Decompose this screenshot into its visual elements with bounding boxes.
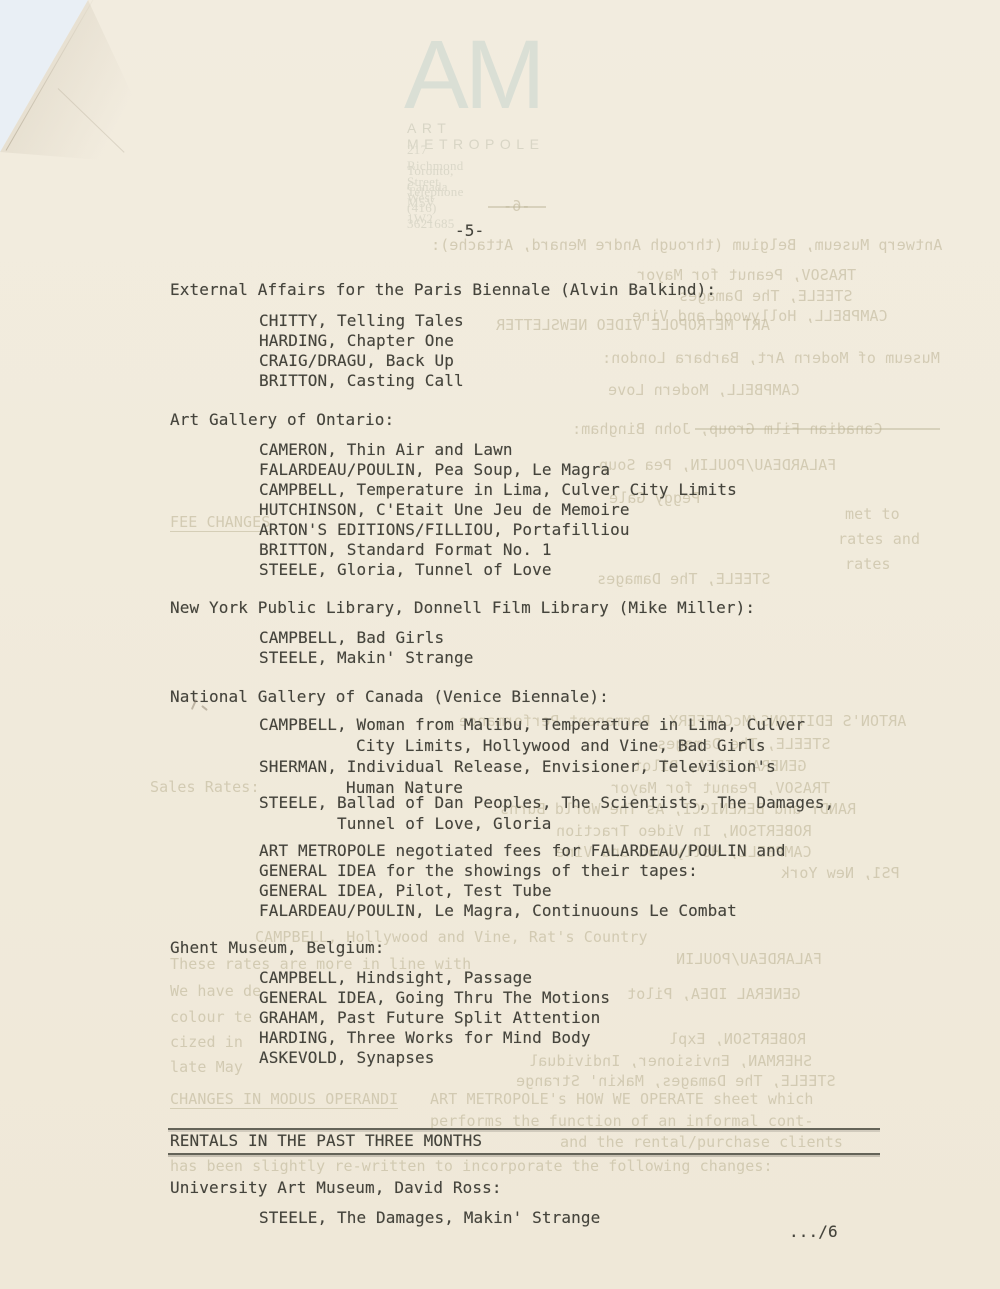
work-line: STEELE, The Damages, Makin' Strange <box>259 1208 600 1227</box>
ghost-line: rates <box>845 555 891 573</box>
work-line: GENERAL IDEA, Going Thru The Motions <box>259 988 610 1007</box>
ghost-line-mirrored: STEELE, The Damages <box>597 570 770 588</box>
ghost-line: rates and <box>838 530 920 548</box>
work-line: FALARDEAU/POULIN, Pea Soup, Le Magra <box>259 460 610 479</box>
work-line: CAMPBELL, Bad Girls <box>259 628 444 647</box>
work-line: CAMPBELL, Temperature in Lima, Culver Ci… <box>259 480 737 499</box>
work-line: BRITTON, Standard Format No. 1 <box>259 540 552 559</box>
ghost-line: colour te <box>170 1008 252 1026</box>
work-line: SHERMAN, Individual Release, Envisioner,… <box>259 757 776 776</box>
page-continuation: .../6 <box>789 1222 838 1241</box>
rentals-heading: RENTALS IN THE PAST THREE MONTHS <box>170 1131 482 1150</box>
work-line: STEELE, Ballad of Dan Peoples, The Scien… <box>259 793 834 812</box>
page-number: -5- <box>455 221 484 240</box>
work-line: FALARDEAU/POULIN, Le Magra, Continuouns … <box>259 901 737 920</box>
section-heading: National Gallery of Canada (Venice Bienn… <box>170 687 609 706</box>
section-heading: Art Gallery of Ontario: <box>170 410 394 429</box>
ghost-line-mirrored: Museum of Modern Art, Barbara London: <box>602 349 940 367</box>
ghost-line-mirrored: ROBERTSON, In Video Traction <box>556 822 812 840</box>
ghost-rule <box>488 206 546 208</box>
ghost-line: cized in <box>170 1033 243 1051</box>
am-logo: AM <box>404 26 542 123</box>
work-line: GENERAL IDEA, Pilot, Test Tube <box>259 881 552 900</box>
ghost-line-mirrored: GENERAL IDEA, Pilot <box>627 985 800 1003</box>
work-line: HARDING, Three Works for Mind Body <box>259 1028 591 1047</box>
divider-rule-top <box>168 1128 880 1130</box>
work-line: CAMPBELL, Hindsight, Passage <box>259 968 532 987</box>
document-page: AM ART METROPOLE 217 Richmond Street Wes… <box>0 0 1000 1289</box>
ghost-line-mirrored: ROBERTSON, Expl <box>669 1030 806 1048</box>
ghost-line-mirrored: FALARDEAU/POULIN, Pea Soup <box>599 456 836 474</box>
work-line: CHITTY, Telling Tales <box>259 311 464 330</box>
ghost-line-mirrored: PS1, New York <box>781 864 900 882</box>
ghost-rule <box>695 428 940 430</box>
divider-rule-bottom <box>168 1153 880 1155</box>
ghost-line-mirrored: Antwerp Museum, Belgium (through Andre M… <box>431 236 942 254</box>
work-line: GENERAL IDEA for the showings of their t… <box>259 861 698 880</box>
ghost-line-mirrored: FALARDEAU/POULIN <box>676 950 822 968</box>
ghost-line: has been slightly re-written to incorpor… <box>170 1157 773 1175</box>
ghost-line: FEE CHANGES <box>170 513 270 532</box>
work-line: City Limits, Hollywood and Vine, Bad Gir… <box>356 736 766 755</box>
ghost-line: ART METROPOLE's HOW WE OPERATE sheet whi… <box>430 1090 814 1108</box>
ghost-line: met to <box>845 505 900 523</box>
work-line: STEELE, Makin' Strange <box>259 648 474 667</box>
ghost-line: Sales Rates: <box>150 778 260 796</box>
work-line: ARTON'S EDITIONS/FILLIOU, Portafilliou <box>259 520 630 539</box>
work-line: ASKEVOLD, Synapses <box>259 1048 435 1067</box>
work-line: CAMERON, Thin Air and Lawn <box>259 440 513 459</box>
section-heading: External Affairs for the Paris Biennale … <box>170 280 716 299</box>
section-heading: University Art Museum, David Ross: <box>170 1178 502 1197</box>
ghost-line: and the rental/purchase clients <box>560 1133 843 1151</box>
corner-crease <box>6 0 95 151</box>
work-line: HARDING, Chapter One <box>259 331 454 350</box>
work-line: CRAIG/DRAGU, Back Up <box>259 351 454 370</box>
corner-crease-inner <box>58 88 125 153</box>
ghost-line-mirrored: SHERMAN, Envisioner, Individual <box>529 1052 812 1070</box>
ghost-line-mirrored: CAMPBELL, Modern Love <box>608 381 800 399</box>
work-line: CAMPBELL, Woman from Malibu, Temperature… <box>259 715 805 734</box>
section-heading: New York Public Library, Donnell Film Li… <box>170 598 755 617</box>
folded-corner <box>0 0 220 220</box>
work-line: Tunnel of Love, Gloria <box>337 814 552 833</box>
ghost-line: late May <box>170 1058 243 1076</box>
work-line: HUTCHINSON, C'Etait Une Jeu de Memoire <box>259 500 630 519</box>
ghost-line-mirrored: ART METROPOLE VIDEO NEWSLETTER <box>496 316 770 334</box>
section-heading: Ghent Museum, Belgium: <box>170 938 385 957</box>
ghost-line: CHANGES IN MODUS OPERANDI <box>170 1090 398 1109</box>
work-line: ART METROPOLE negotiated fees for FALARD… <box>259 841 786 860</box>
work-line: GRAHAM, Past Future Split Attention <box>259 1008 600 1027</box>
ghost-line: We have de <box>170 982 261 1000</box>
work-line: BRITTON, Casting Call <box>259 371 464 390</box>
work-line: STEELE, Gloria, Tunnel of Love <box>259 560 552 579</box>
ghost-line-mirrored: STEELE, The Damages, Makin' Strange <box>516 1072 836 1090</box>
